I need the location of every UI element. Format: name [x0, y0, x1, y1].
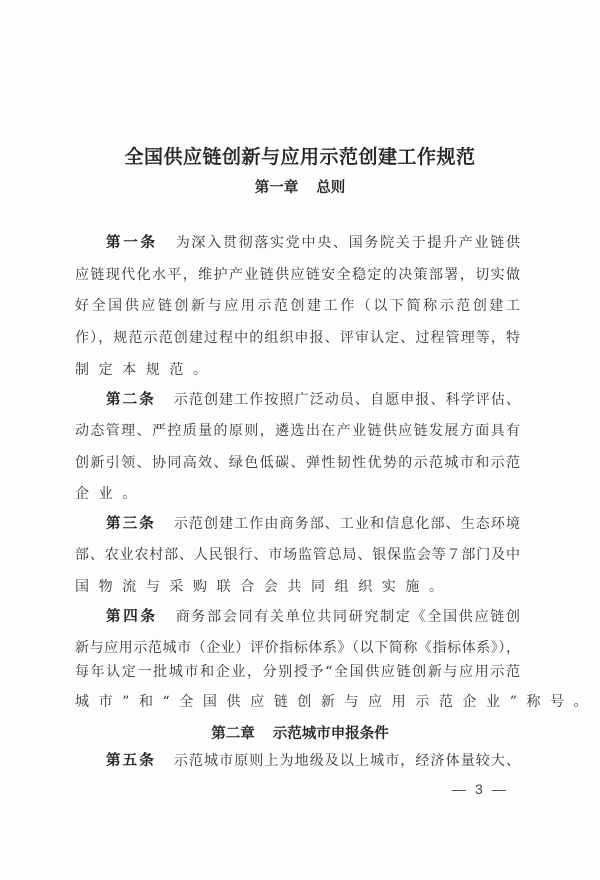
article-2-line-2: 动态管理、严控质量的原则，遴选出在产业链供应链发展方面具有 — [75, 421, 520, 441]
article-label: 第三条 — [106, 516, 156, 532]
chapter-heading-2: 第二章示范城市申报条件 — [0, 722, 600, 743]
article-label: 第二条 — [106, 392, 156, 408]
dash-right — [492, 790, 506, 791]
document-title: 全国供应链创新与应用示范创建工作规范 — [0, 142, 600, 169]
article-label: 第一条 — [106, 235, 158, 251]
article-3-line-1: 第三条示范创建工作由商务部、工业和信息化部、生态环境 — [106, 514, 520, 534]
article-4-line-3: 每年认定一批城市和企业，分别授予“全国供应链创新与应用示范 — [75, 662, 520, 682]
paragraph-text: 为深入贯彻落实党中央、国务院关于提升产业链供 — [176, 235, 520, 251]
chapter-number: 第二章 — [211, 726, 255, 742]
article-3-line-2: 部、农业农村部、人民银行、市场监管总局、银保监会等７部门及中 — [75, 545, 520, 565]
chapter-title: 总则 — [316, 180, 345, 196]
paragraph-text: 示范创建工作由商务部、工业和信息化部、生态环境 — [174, 516, 520, 532]
article-1-line-2: 应链现代化水平，维护产业链供应链安全稳定的决策部署，切实做 — [75, 265, 520, 285]
article-label: 第五条 — [106, 753, 156, 769]
article-label: 第四条 — [106, 609, 158, 625]
chapter-number: 第一章 — [255, 180, 299, 196]
article-2-line-4: 企业。 — [75, 484, 520, 504]
article-1-line-3: 好全国供应链创新与应用示范创建工作（以下简称示范创建工 — [75, 296, 520, 316]
article-4-line-4: 城市”和“全国供应链创新与应用示范企业”称号。 — [75, 692, 520, 712]
article-2-line-1: 第二条示范创建工作按照广泛动员、自愿申报、科学评估、 — [106, 390, 520, 410]
page-number-value: 3 — [475, 781, 483, 797]
paragraph-text: 示范城市原则上为地级及以上城市，经济体量较大、 — [174, 753, 520, 769]
chapter-heading-1: 第一章总则 — [0, 176, 600, 197]
article-4-line-1: 第四条商务部会同有关单位共同研究制定《全国供应链创 — [106, 607, 520, 627]
article-2-line-3: 创新引领、协同高效、绿色低碳、弹性韧性优势的示范城市和示范 — [75, 453, 520, 473]
article-1-line-4: 作），规范示范创建过程中的组织申报、评审认定、过程管理等，特 — [75, 328, 520, 348]
article-1-line-1: 第一条为深入贯彻落实党中央、国务院关于提升产业链供 — [106, 233, 520, 253]
page-number: 3 — [452, 781, 506, 797]
dash-left — [452, 790, 466, 791]
paragraph-text: 商务部会同有关单位共同研究制定《全国供应链创 — [176, 609, 520, 625]
article-1-line-5: 制定本规范。 — [75, 360, 520, 380]
chapter-title: 示范城市申报条件 — [273, 726, 389, 742]
document-page: 全国供应链创新与应用示范创建工作规范 第一章总则 第一条为深入贯彻落实党中央、国… — [0, 0, 600, 880]
article-3-line-3: 国物流与采购联合会共同组织实施。 — [75, 577, 520, 597]
paragraph-text: 示范创建工作按照广泛动员、自愿申报、科学评估、 — [174, 392, 520, 408]
article-4-line-2: 新与应用示范城市（企业）评价指标体系》（以下简称《指标体系》）， — [75, 638, 520, 658]
article-5-line-1: 第五条示范城市原则上为地级及以上城市，经济体量较大、 — [106, 751, 520, 771]
